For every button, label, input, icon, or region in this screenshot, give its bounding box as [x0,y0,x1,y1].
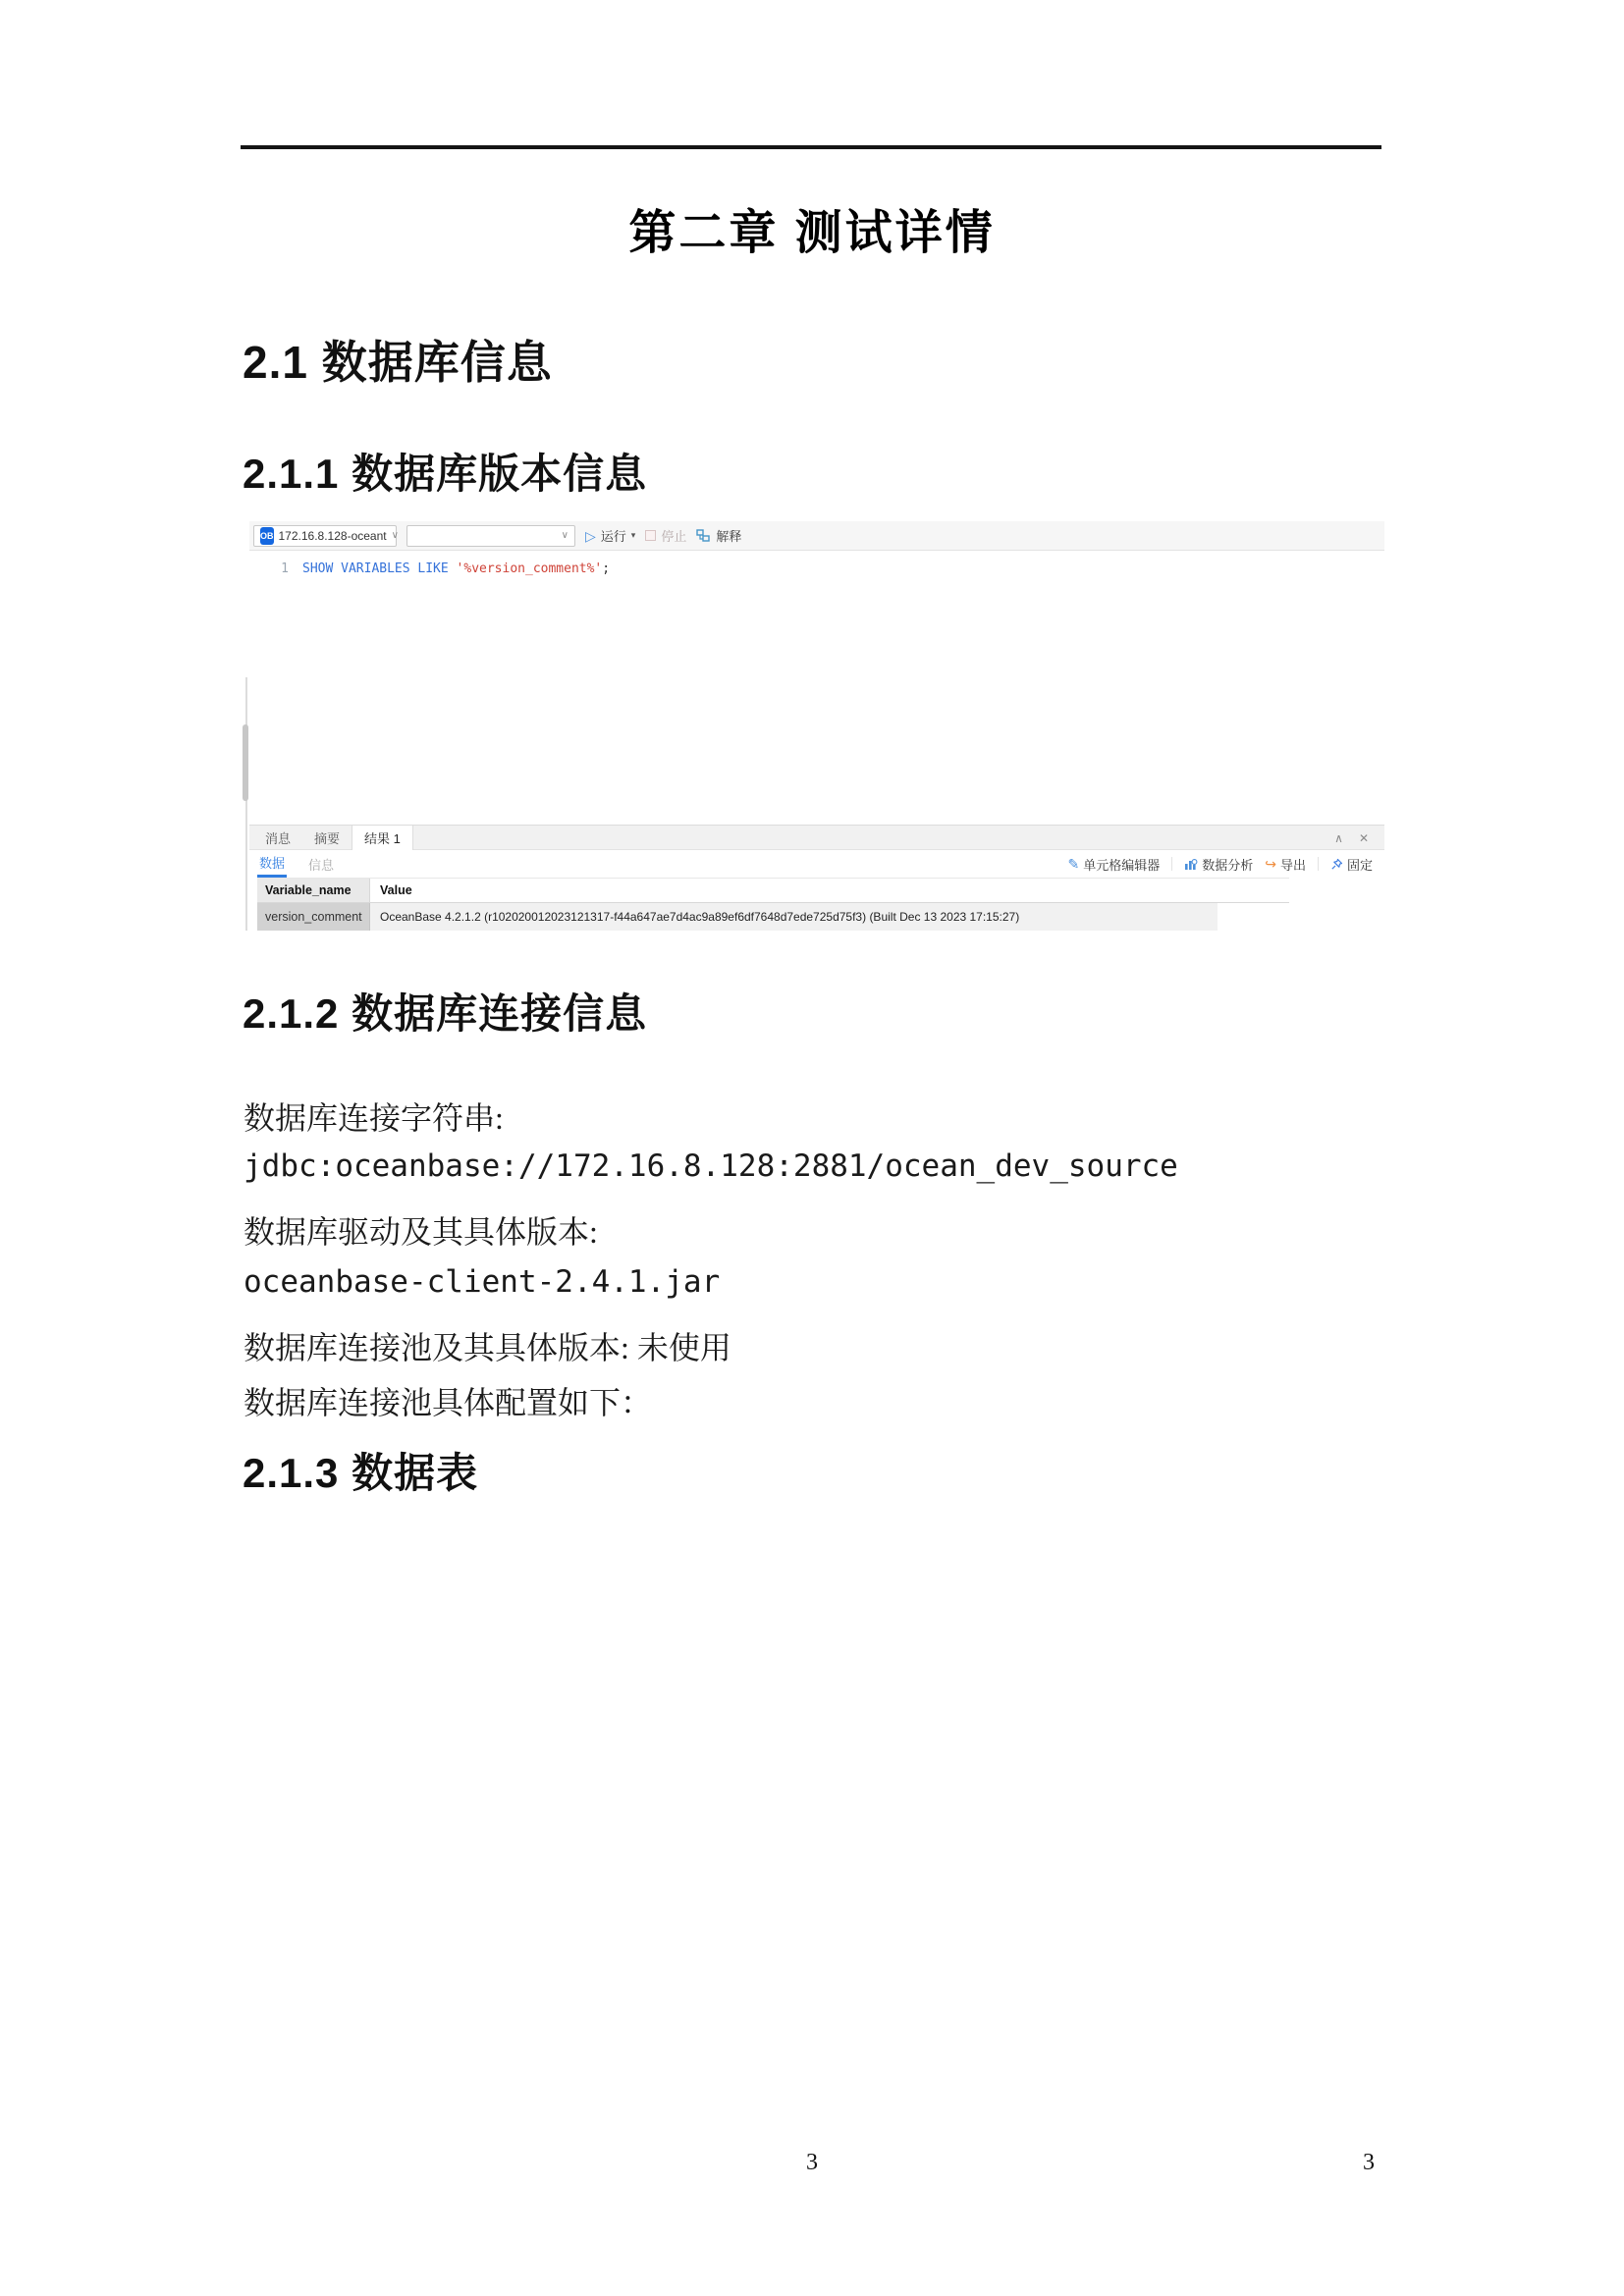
sql-editor[interactable]: 1 SHOW VARIABLES LIKE '%version_comment%… [249,551,1384,777]
export-button[interactable]: ↪ 导出 [1265,855,1306,874]
cell-variable-name[interactable]: version_comment [257,903,370,931]
pool-config-label: 数据库连接池具体配置如下： [244,1378,652,1423]
results-panel: 消息 摘要 结果 1 ∧ ✕ 数据 信息 ✎ 单元格编辑器 [249,825,1384,931]
stop-button[interactable]: 停止 [645,526,686,545]
sql-statement: SHOW VARIABLES LIKE '%version_comment%'; [302,561,610,576]
table-row[interactable]: version_comment OceanBase 4.2.1.2 (r1020… [257,903,1218,931]
left-scrollbar-thumb[interactable] [243,724,248,801]
header-rule [241,145,1381,149]
left-scrollbar-track[interactable] [245,677,247,931]
pin-icon [1330,858,1343,871]
separator [1171,857,1172,871]
collapse-panel-icon[interactable]: ∧ [1334,831,1343,845]
oceanbase-logo-icon: OB [260,527,274,545]
cell-editor-button[interactable]: ✎ 单元格编辑器 [1067,855,1160,874]
separator [1318,857,1319,871]
heading-2-1: 2.1 数据库信息 [243,327,553,392]
run-options-caret-icon[interactable]: ▾ [631,531,636,540]
pool-label: 数据库连接池及其具体版本: 未使用 [244,1323,731,1368]
results-sub-toolbar: 数据 信息 ✎ 单元格编辑器 [249,850,1384,878]
tab-summary[interactable]: 摘要 [302,826,352,849]
tab-messages[interactable]: 消息 [253,826,302,849]
connection-dropdown[interactable]: OB 172.16.8.128-oceant ∨ [253,525,397,547]
cell-value[interactable]: OceanBase 4.2.1.2 (r102020012023121317-f… [370,903,1218,931]
result-actions: ✎ 单元格编辑器 数据分析 ↪ [1067,855,1373,874]
column-header-variable-name[interactable]: Variable_name [257,879,370,902]
export-arrow-icon: ↪ [1265,857,1276,871]
line-number: 1 [249,561,289,576]
data-analysis-button[interactable]: 数据分析 [1184,855,1253,874]
bar-chart-icon [1184,858,1198,871]
driver-label: 数据库驱动及其具体版本: [244,1207,598,1253]
page-number-center: 3 [0,2150,1624,2176]
chevron-down-icon: ∨ [392,531,399,541]
sql-string-literal: '%version_comment%' [457,561,603,576]
play-icon: ▷ [585,529,596,543]
heading-2-1-3: 2.1.3 数据表 [243,1441,478,1500]
run-button[interactable]: ▷ 运行 ▾ [585,526,635,545]
connection-string-label: 数据库连接字符串: [244,1094,504,1139]
tab-result-1[interactable]: 结果 1 [352,826,413,850]
chapter-title: 第二章 测试详情 [0,194,1624,262]
heading-2-1-2: 2.1.2 数据库连接信息 [243,982,647,1041]
page-number-right: 3 [1363,2150,1375,2176]
heading-2-1-1: 2.1.1 数据库版本信息 [243,442,647,501]
sql-keywords: SHOW VARIABLES LIKE [302,561,449,576]
connection-label: 172.16.8.128-oceant [279,529,387,543]
driver-value: oceanbase-client-2.4.1.jar [244,1264,720,1300]
document-page: 第二章 测试详情 2.1 数据库信息 2.1.1 数据库版本信息 OB 172.… [0,0,1624,2296]
close-panel-icon[interactable]: ✕ [1359,831,1369,845]
results-tab-bar: 消息 摘要 结果 1 ∧ ✕ [249,825,1384,850]
result-subtabs: 数据 信息 [257,850,336,878]
explain-button[interactable]: 解释 [696,526,741,545]
db-client-screenshot: OB 172.16.8.128-oceant ∨ ∨ ▷ 运行 ▾ 停止 [249,521,1384,931]
explain-plan-icon [696,529,711,543]
table-header-row: Variable_name Value [257,878,1289,903]
stop-icon [645,530,656,541]
column-header-value[interactable]: Value [370,879,1289,902]
result-table: Variable_name Value version_comment Ocea… [257,878,1289,931]
chevron-down-icon: ∨ [562,531,568,541]
connection-string-value: jdbc:oceanbase://172.16.8.128:2881/ocean… [244,1148,1178,1184]
panel-controls: ∧ ✕ [1334,826,1369,851]
sql-terminator: ; [602,561,610,576]
sql-toolbar: OB 172.16.8.128-oceant ∨ ∨ ▷ 运行 ▾ 停止 [249,521,1384,551]
pin-button[interactable]: 固定 [1330,855,1373,874]
subtab-data[interactable]: 数据 [257,850,287,878]
sql-line: 1 SHOW VARIABLES LIKE '%version_comment%… [249,551,1384,576]
subtab-info[interactable]: 信息 [306,850,336,878]
database-dropdown[interactable]: ∨ [406,525,575,547]
pencil-icon: ✎ [1067,857,1079,871]
